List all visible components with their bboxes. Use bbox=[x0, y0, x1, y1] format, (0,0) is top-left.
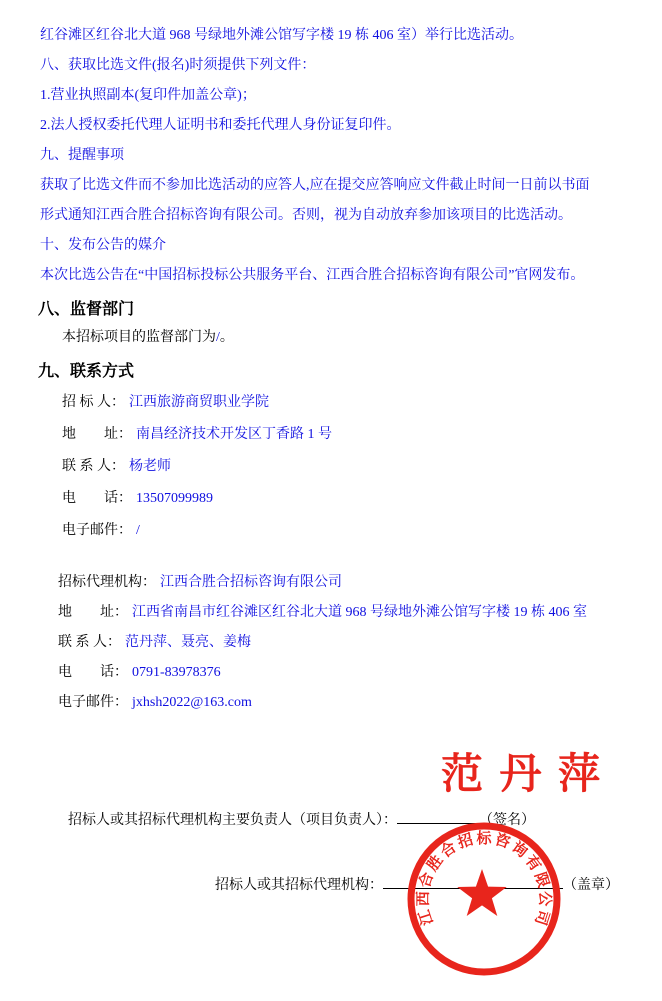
tenderer-phone-row: 电 话：13507099989 bbox=[62, 489, 632, 508]
agency-name-row: 招标代理机构：江西合胜合招标咨询有限公司 bbox=[58, 573, 632, 592]
agency-name-label: 招标代理机构： bbox=[58, 575, 156, 590]
company-seal-stamp: 江西合胜合招标咨询有限公司 bbox=[404, 819, 564, 979]
tenderer-email-row: 电子邮件：/ bbox=[62, 521, 632, 540]
tenderer-name-value: 江西旅游商贸职业学院 bbox=[129, 395, 269, 410]
supervision-body: 本招标项目的监督部门为/。 bbox=[40, 328, 632, 347]
agency-contact-person-label: 联 系 人： bbox=[58, 635, 121, 650]
agency-address-label: 地 址： bbox=[58, 605, 128, 620]
tenderer-contact-person-label: 联 系 人： bbox=[62, 459, 125, 474]
tenderer-phone-label: 电 话： bbox=[62, 491, 132, 506]
tenderer-address-row: 地 址：南昌经济技术开发区丁香路 1 号 bbox=[62, 425, 632, 444]
media-text: 本次比选公告在“中国招标投标公共服务平台、江西合胜合招标咨询有限公司”官网发布。 bbox=[40, 266, 632, 285]
section-heading-reminders: 九、提醒事项 bbox=[40, 146, 632, 165]
section-heading-obtain-documents: 八、获取比选文件(报名)时须提供下列文件： bbox=[40, 56, 632, 75]
agency-phone-value: 0791-83978376 bbox=[132, 665, 221, 680]
agency-contact-block: 招标代理机构：江西合胜合招标咨询有限公司 地 址：江西省南昌市红谷滩区红谷北大道… bbox=[40, 573, 632, 712]
tenderer-name-row: 招 标 人：江西旅游商贸职业学院 bbox=[62, 393, 632, 412]
required-file-item-2: 2.法人授权委托代理人证明书和委托代理人身份证复印件。 bbox=[40, 116, 632, 135]
supervision-period: 。 bbox=[220, 330, 234, 345]
agency-email-value: jxhsh2022@163.com bbox=[132, 695, 252, 710]
supervision-text: 本招标项目的监督部门为 bbox=[62, 330, 216, 345]
tenderer-email-value: / bbox=[136, 523, 140, 538]
tenderer-name-label: 招 标 人： bbox=[62, 395, 125, 410]
tenderer-phone-value: 13507099989 bbox=[136, 491, 213, 506]
agency-address-value: 江西省南昌市红谷滩区红谷北大道 968 号绿地外滩公馆写字楼 19 栋 406 … bbox=[132, 605, 587, 620]
tenderer-address-label: 地 址： bbox=[62, 427, 132, 442]
agency-seal-suffix: （盖章） bbox=[563, 878, 619, 893]
heading-contact-info: 九、联系方式 bbox=[38, 361, 632, 383]
intro-line: 红谷滩区红谷北大道 968 号绿地外滩公馆写字楼 19 栋 406 室）举行比选… bbox=[40, 26, 632, 45]
section-heading-media: 十、发布公告的媒介 bbox=[40, 236, 632, 255]
agency-phone-label: 电 话： bbox=[58, 665, 128, 680]
agency-name-value: 江西合胜合招标咨询有限公司 bbox=[160, 575, 342, 590]
agency-contact-person-value: 范丹萍、聂亮、姜梅 bbox=[125, 635, 251, 650]
agency-address-row: 地 址：江西省南昌市红谷滩区红谷北大道 968 号绿地外滩公馆写字楼 19 栋 … bbox=[58, 603, 632, 622]
heading-supervision-department: 八、监督部门 bbox=[38, 299, 632, 321]
tenderer-contact-block: 招 标 人：江西旅游商贸职业学院 地 址：南昌经济技术开发区丁香路 1 号 联 … bbox=[40, 393, 632, 540]
agency-email-row: 电子邮件：jxhsh2022@163.com bbox=[58, 693, 632, 712]
agency-email-label: 电子邮件： bbox=[58, 695, 128, 710]
tenderer-contact-person-value: 杨老师 bbox=[129, 459, 171, 474]
principal-signature-label: 招标人或其招标代理机构主要负责人（项目负责人）： bbox=[68, 813, 397, 828]
agency-seal-label: 招标人或其招标代理机构： bbox=[215, 878, 383, 893]
reminder-text-line-1: 获取了比选文件而不参加比选活动的应答人,应在提交应答响应文件截止时间一日前以书面 bbox=[40, 176, 632, 195]
reminder-text-line-2: 形式通知江西合胜合招标咨询有限公司。否则，视为自动放弃参加该项目的比选活动。 bbox=[40, 206, 632, 225]
tenderer-address-value: 南昌经济技术开发区丁香路 1 号 bbox=[136, 427, 332, 442]
tenderer-contact-person-row: 联 系 人：杨老师 bbox=[62, 457, 632, 476]
agency-contact-person-row: 联 系 人：范丹萍、聂亮、姜梅 bbox=[58, 633, 632, 652]
handwritten-signature: 范 丹 萍 bbox=[441, 750, 603, 800]
agency-phone-row: 电 话：0791-83978376 bbox=[58, 663, 632, 682]
stamp-star-icon bbox=[457, 869, 506, 916]
tenderer-email-label: 电子邮件： bbox=[62, 523, 132, 538]
required-file-item-1: 1.营业执照副本(复印件加盖公章)； bbox=[40, 86, 632, 105]
